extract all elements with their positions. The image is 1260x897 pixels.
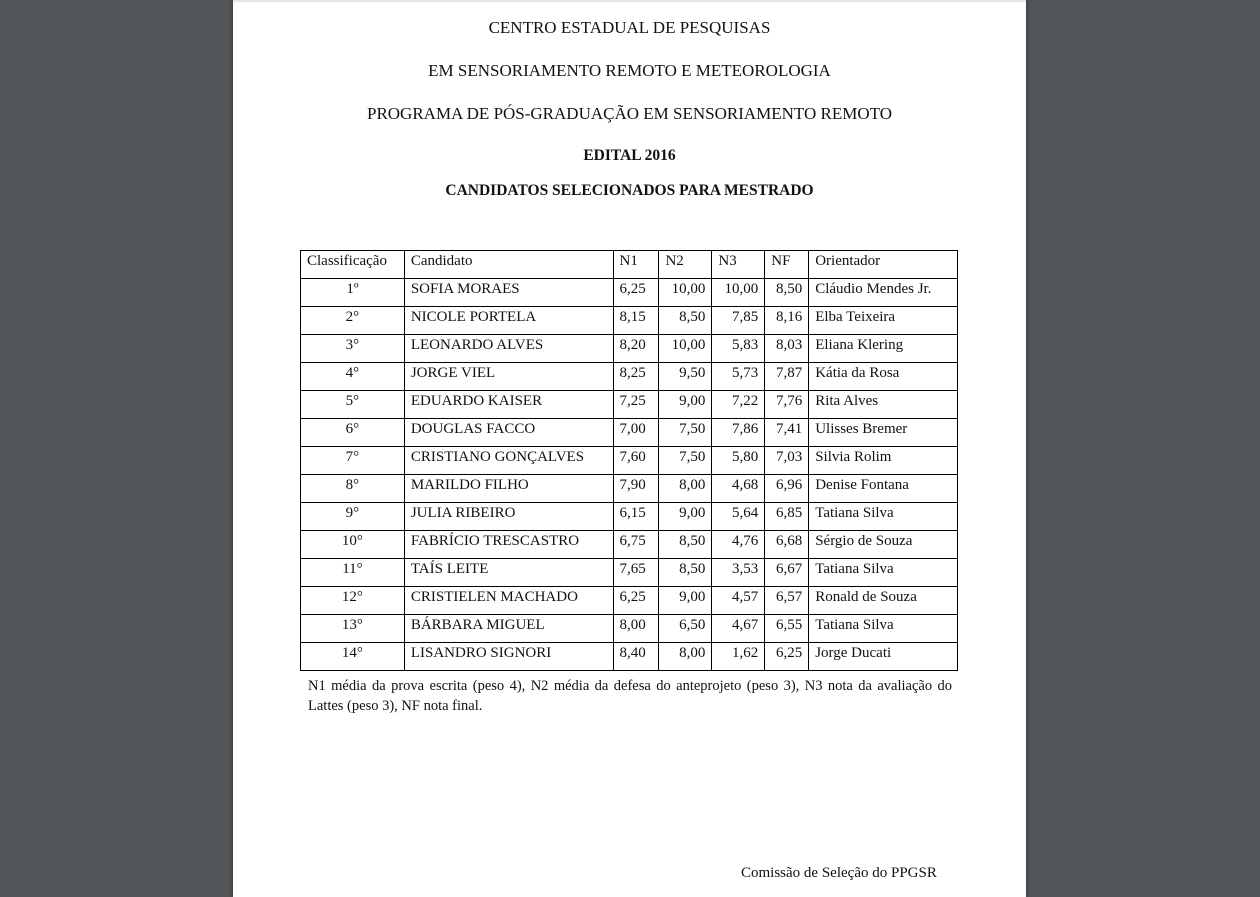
column-header-n2: N2 [659,251,712,279]
edital-title: EDITAL 2016 [233,147,1026,165]
cell-n2: 8,50 [659,531,712,559]
cell-n3: 7,22 [712,391,765,419]
cell-n2: 8,50 [659,559,712,587]
cell-candidate: JORGE VIEL [404,363,613,391]
cell-advisor: Tatiana Silva [809,615,958,643]
cell-classification: 14° [301,643,405,671]
cell-n2: 8,00 [659,643,712,671]
cell-classification: 11° [301,559,405,587]
cell-candidate: DOUGLAS FACCO [404,419,613,447]
column-header-nf: NF [765,251,809,279]
table-row: 7°CRISTIANO GONÇALVES7,607,505,807,03Sil… [301,447,958,475]
cell-classification: 6° [301,419,405,447]
cell-n3: 7,85 [712,307,765,335]
cell-n3: 4,57 [712,587,765,615]
results-table-body: 1ºSOFIA MORAES6,2510,0010,008,50Cláudio … [301,279,958,671]
cell-n1: 8,25 [613,363,659,391]
signature: Comissão de Seleção do PPGSR [741,865,937,882]
cell-advisor: Elba Teixeira [809,307,958,335]
table-row: 4°JORGE VIEL8,259,505,737,87Kátia da Ros… [301,363,958,391]
table-header-row: Classificação Candidato N1 N2 N3 NF Orie… [301,251,958,279]
cell-n1: 7,00 [613,419,659,447]
cell-candidate: NICOLE PORTELA [404,307,613,335]
cell-n2: 9,00 [659,391,712,419]
table-row: 10°FABRÍCIO TRESCASTRO6,758,504,766,68Sé… [301,531,958,559]
cell-classification: 10° [301,531,405,559]
cell-n2: 8,50 [659,307,712,335]
cell-candidate: TAÍS LEITE [404,559,613,587]
cell-n3: 4,67 [712,615,765,643]
table-row: 14°LISANDRO SIGNORI8,408,001,626,25Jorge… [301,643,958,671]
table-row: 13°BÁRBARA MIGUEL8,006,504,676,55Tatiana… [301,615,958,643]
cell-n1: 7,25 [613,391,659,419]
cell-n3: 4,68 [712,475,765,503]
cell-classification: 2° [301,307,405,335]
cell-n3: 5,83 [712,335,765,363]
document-page: CENTRO ESTADUAL DE PESQUISAS EM SENSORIA… [233,0,1026,897]
column-header-candidate: Candidato [404,251,613,279]
table-row: 8°MARILDO FILHO7,908,004,686,96Denise Fo… [301,475,958,503]
cell-n2: 10,00 [659,335,712,363]
institution-subtitle: EM SENSORIAMENTO REMOTO E METEOROLOGIA [233,61,1026,81]
cell-classification: 5° [301,391,405,419]
cell-n2: 6,50 [659,615,712,643]
cell-n1: 8,00 [613,615,659,643]
cell-classification: 12° [301,587,405,615]
cell-n3: 5,73 [712,363,765,391]
results-table: Classificação Candidato N1 N2 N3 NF Orie… [300,250,958,671]
cell-nf: 6,67 [765,559,809,587]
column-header-n1: N1 [613,251,659,279]
cell-nf: 7,76 [765,391,809,419]
cell-n2: 9,00 [659,503,712,531]
cell-classification: 1º [301,279,405,307]
table-row: 3°LEONARDO ALVES8,2010,005,838,03Eliana … [301,335,958,363]
cell-nf: 7,41 [765,419,809,447]
cell-n2: 10,00 [659,279,712,307]
cell-classification: 8° [301,475,405,503]
cell-nf: 6,55 [765,615,809,643]
cell-nf: 6,96 [765,475,809,503]
cell-n2: 9,00 [659,587,712,615]
cell-n1: 8,15 [613,307,659,335]
cell-n2: 9,50 [659,363,712,391]
cell-advisor: Cláudio Mendes Jr. [809,279,958,307]
cell-n1: 7,90 [613,475,659,503]
cell-n2: 8,00 [659,475,712,503]
cell-candidate: BÁRBARA MIGUEL [404,615,613,643]
cell-n2: 7,50 [659,419,712,447]
cell-n1: 7,60 [613,447,659,475]
institution-name: CENTRO ESTADUAL DE PESQUISAS [233,18,1026,38]
column-header-n3: N3 [712,251,765,279]
cell-n1: 6,25 [613,279,659,307]
cell-classification: 7° [301,447,405,475]
table-row: 5°EDUARDO KAISER7,259,007,227,76Rita Alv… [301,391,958,419]
cell-nf: 8,50 [765,279,809,307]
cell-advisor: Ulisses Bremer [809,419,958,447]
table-row: 6°DOUGLAS FACCO7,007,507,867,41Ulisses B… [301,419,958,447]
cell-nf: 6,57 [765,587,809,615]
cell-candidate: JULIA RIBEIRO [404,503,613,531]
cell-n3: 5,80 [712,447,765,475]
cell-advisor: Kátia da Rosa [809,363,958,391]
cell-n3: 4,76 [712,531,765,559]
cell-advisor: Jorge Ducati [809,643,958,671]
cell-classification: 4° [301,363,405,391]
cell-advisor: Sérgio de Souza [809,531,958,559]
table-row: 1ºSOFIA MORAES6,2510,0010,008,50Cláudio … [301,279,958,307]
cell-nf: 6,25 [765,643,809,671]
document-subtitle: CANDIDATOS SELECIONADOS PARA MESTRADO [233,182,1026,200]
cell-classification: 13° [301,615,405,643]
cell-candidate: CRISTIANO GONÇALVES [404,447,613,475]
cell-advisor: Denise Fontana [809,475,958,503]
cell-candidate: CRISTIELEN MACHADO [404,587,613,615]
column-header-classification: Classificação [301,251,405,279]
table-row: 9°JULIA RIBEIRO6,159,005,646,85Tatiana S… [301,503,958,531]
cell-candidate: FABRÍCIO TRESCASTRO [404,531,613,559]
cell-nf: 7,87 [765,363,809,391]
cell-candidate: EDUARDO KAISER [404,391,613,419]
cell-candidate: LEONARDO ALVES [404,335,613,363]
cell-advisor: Ronald de Souza [809,587,958,615]
cell-nf: 8,16 [765,307,809,335]
column-header-advisor: Orientador [809,251,958,279]
cell-advisor: Rita Alves [809,391,958,419]
program-name: PROGRAMA DE PÓS-GRADUAÇÃO EM SENSORIAMEN… [233,104,1026,124]
cell-n2: 7,50 [659,447,712,475]
table-row: 11°TAÍS LEITE7,658,503,536,67Tatiana Sil… [301,559,958,587]
cell-classification: 9° [301,503,405,531]
cell-advisor: Silvia Rolim [809,447,958,475]
cell-n3: 1,62 [712,643,765,671]
cell-n1: 6,25 [613,587,659,615]
cell-candidate: MARILDO FILHO [404,475,613,503]
cell-nf: 6,85 [765,503,809,531]
table-row: 12°CRISTIELEN MACHADO6,259,004,576,57Ron… [301,587,958,615]
cell-n1: 6,75 [613,531,659,559]
cell-candidate: SOFIA MORAES [404,279,613,307]
cell-nf: 7,03 [765,447,809,475]
cell-nf: 6,68 [765,531,809,559]
cell-n1: 7,65 [613,559,659,587]
cell-n3: 7,86 [712,419,765,447]
cell-n3: 3,53 [712,559,765,587]
table-row: 2°NICOLE PORTELA8,158,507,858,16Elba Tei… [301,307,958,335]
cell-n1: 8,40 [613,643,659,671]
cell-n3: 10,00 [712,279,765,307]
pdf-viewer: CENTRO ESTADUAL DE PESQUISAS EM SENSORIA… [0,0,1260,897]
cell-n1: 6,15 [613,503,659,531]
cell-n3: 5,64 [712,503,765,531]
cell-advisor: Eliana Klering [809,335,958,363]
cell-classification: 3° [301,335,405,363]
grade-legend-note: N1 média da prova escrita (peso 4), N2 m… [308,676,952,716]
cell-candidate: LISANDRO SIGNORI [404,643,613,671]
cell-n1: 8,20 [613,335,659,363]
cell-advisor: Tatiana Silva [809,559,958,587]
cell-nf: 8,03 [765,335,809,363]
cell-advisor: Tatiana Silva [809,503,958,531]
